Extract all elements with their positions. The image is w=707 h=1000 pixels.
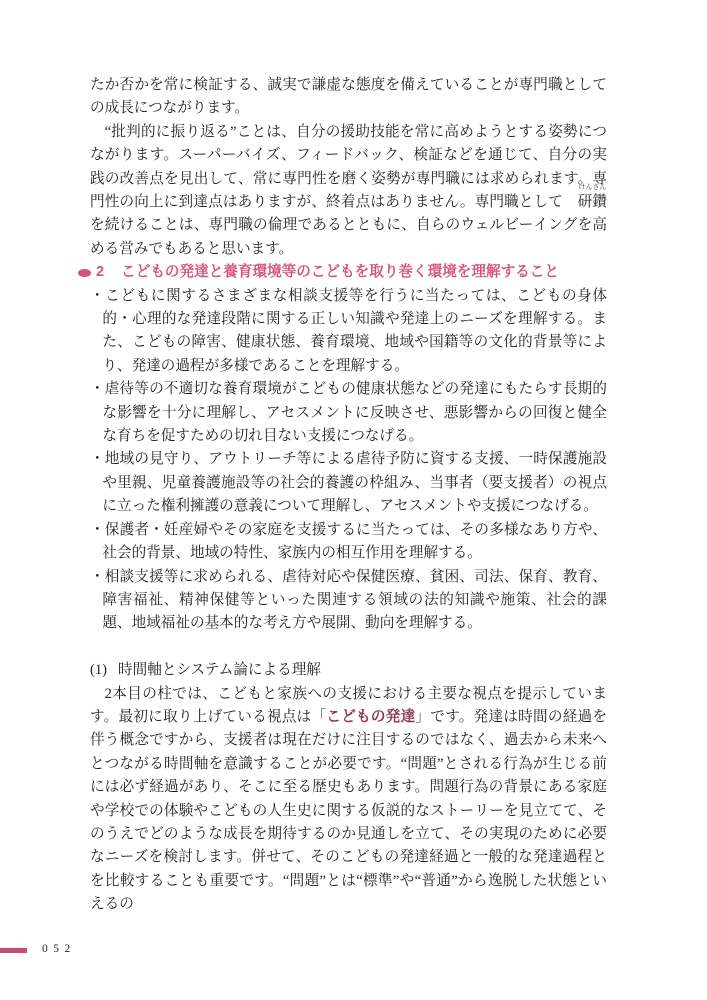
bullet-marker: ・ bbox=[90, 569, 105, 585]
list-item: ・相談支援等に求められる、虐待対応や保健医療、貧困、司法、保育、教育、障害福祉、… bbox=[90, 566, 607, 636]
list-item: ・地域の見守り、アウトリーチ等による虐待予防に資する支援、一時保護施設や里親、児… bbox=[90, 448, 607, 518]
bullet-marker: ・ bbox=[90, 522, 105, 538]
subsection-label: (1) bbox=[90, 662, 107, 678]
bullet-list: ・こどもに関するさまざまな相談支援等を行うに当たっては、こどもの身体的・心理的な… bbox=[90, 285, 607, 636]
ruby-base: 研鑽 bbox=[578, 194, 607, 210]
bullet-marker: ・ bbox=[90, 288, 105, 304]
section-number: 2 bbox=[96, 261, 104, 284]
body-paragraph: 2本目の柱では、こどもと家族への支援における主要な視点を提示しています。最初に取… bbox=[90, 683, 607, 917]
keyword-highlight: こどもの発達 bbox=[326, 709, 415, 725]
ruby-annotation: 研鑽けんさん bbox=[563, 191, 607, 214]
list-item-text: 地域の見守り、アウトリーチ等による虐待予防に資する支援、一時保護施設や里親、児童… bbox=[102, 451, 607, 514]
footer-tab-bar bbox=[0, 948, 27, 953]
subsection-1: (1)時間軸とシステム論による理解 2本目の柱では、こどもと家族への支援における… bbox=[90, 659, 607, 916]
subsection-1-heading: (1)時間軸とシステム論による理解 bbox=[90, 659, 607, 682]
list-item-text: 保護者・妊産婦やその家庭を支援するに当たっては、その多様なあり方や、社会的背景、… bbox=[102, 522, 607, 561]
list-item: ・こどもに関するさまざまな相談支援等を行うに当たっては、こどもの身体的・心理的な… bbox=[90, 285, 607, 379]
subsection-title: 時間軸とシステム論による理解 bbox=[118, 662, 321, 678]
oval-bullet-icon bbox=[78, 269, 91, 277]
bullet-marker: ・ bbox=[90, 381, 105, 397]
intro-paragraph-2: “批判的に振り返る”ことは、自分の援助技能を常に高めようとする姿勢につながります… bbox=[90, 121, 607, 261]
intro-paragraph-2-text: “批判的に振り返る”ことは、自分の援助技能を常に高めようとする姿勢につながります… bbox=[90, 124, 607, 210]
body-paragraph-text-cont: 」です。発達は時間の経過を伴う概念ですから、支援者は現在だけに注目するのではなく… bbox=[90, 709, 607, 912]
main-text: たか否かを常に検証する、誠実で謙虚な態度を備えていることが専門職としての成長につ… bbox=[90, 74, 607, 917]
list-item: ・虐待等の不適切な養育環境がこどもの健康状態などの発達にもたらす長期的な影響を十… bbox=[90, 378, 607, 448]
section-title: こどもの発達と養育環境等のこどもを取り巻く環境を理解すること bbox=[121, 261, 559, 284]
list-item-text: 相談支援等に求められる、虐待対応や保健医療、貧困、司法、保育、教育、障害福祉、精… bbox=[102, 569, 607, 632]
list-item-text: こどもに関するさまざまな相談支援等を行うに当たっては、こどもの身体的・心理的な発… bbox=[102, 288, 607, 374]
list-item: ・保護者・妊産婦やその家庭を支援するに当たっては、その多様なあり方や、社会的背景… bbox=[90, 519, 607, 566]
ruby-furigana: けんさん bbox=[564, 184, 607, 191]
intro-paragraph-1: たか否かを常に検証する、誠実で謙虚な態度を備えていることが専門職としての成長につ… bbox=[90, 74, 607, 121]
bullet-marker: ・ bbox=[90, 451, 105, 467]
book-page: たか否かを常に検証する、誠実で謙虚な態度を備えていることが専門職としての成長につ… bbox=[0, 0, 707, 1000]
list-item-text: 虐待等の不適切な養育環境がこどもの健康状態などの発達にもたらす長期的な影響を十分… bbox=[102, 381, 607, 444]
section-2-heading: 2 こどもの発達と養育環境等のこどもを取り巻く環境を理解すること bbox=[78, 261, 607, 284]
page-number: 052 bbox=[42, 943, 76, 955]
intro-paragraph-2-text-cont: を続けることは、専門職の倫理であるとともに、自らのウェルビーイングを高める営みで… bbox=[90, 217, 607, 256]
